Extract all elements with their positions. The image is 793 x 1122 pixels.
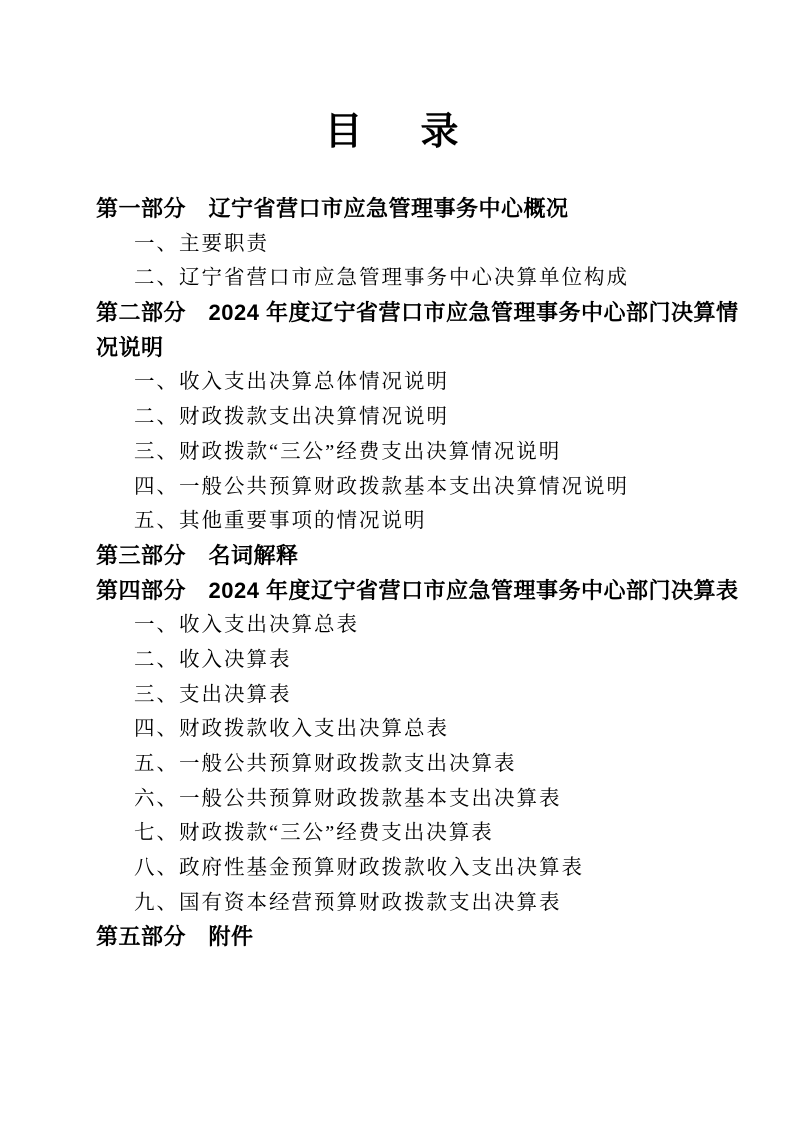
toc-item: 三、财政拨款“三公”经费支出决算情况说明 — [96, 435, 736, 470]
toc-item: 七、财政拨款“三公”经费支出决算表 — [96, 816, 736, 851]
toc-item: 五、一般公共预算财政拨款支出决算表 — [96, 747, 736, 782]
toc-item: 四、财政拨款收入支出决算总表 — [96, 712, 736, 747]
toc-item: 二、辽宁省营口市应急管理事务中心决算单位构成 — [96, 261, 736, 296]
table-of-contents: 第一部分 辽宁省营口市应急管理事务中心概况一、主要职责二、辽宁省营口市应急管理事… — [96, 192, 736, 955]
toc-item: 一、主要职责 — [96, 227, 736, 262]
toc-item: 五、其他重要事项的情况说明 — [96, 504, 736, 539]
toc-item: 四、一般公共预算财政拨款基本支出决算情况说明 — [96, 470, 736, 505]
toc-part-heading: 况说明 — [96, 331, 736, 366]
toc-part-heading: 第三部分 名词解释 — [96, 539, 736, 574]
document-page: 目 录 第一部分 辽宁省营口市应急管理事务中心概况一、主要职责二、辽宁省营口市应… — [0, 0, 793, 1122]
page-title: 目 录 — [0, 0, 793, 156]
toc-item: 三、支出决算表 — [96, 678, 736, 713]
toc-item: 一、收入支出决算总表 — [96, 608, 736, 643]
toc-item: 九、国有资本经营预算财政拨款支出决算表 — [96, 886, 736, 921]
toc-item: 八、政府性基金预算财政拨款收入支出决算表 — [96, 851, 736, 886]
toc-part-heading: 第一部分 辽宁省营口市应急管理事务中心概况 — [96, 192, 736, 227]
toc-part-heading: 第二部分 2024 年度辽宁省营口市应急管理事务中心部门决算情 — [96, 296, 736, 331]
toc-item: 六、一般公共预算财政拨款基本支出决算表 — [96, 782, 736, 817]
toc-item: 二、收入决算表 — [96, 643, 736, 678]
toc-item: 二、财政拨款支出决算情况说明 — [96, 400, 736, 435]
toc-part-heading: 第四部分 2024 年度辽宁省营口市应急管理事务中心部门决算表 — [96, 574, 736, 609]
toc-item: 一、收入支出决算总体情况说明 — [96, 365, 736, 400]
toc-part-heading: 第五部分 附件 — [96, 920, 736, 955]
